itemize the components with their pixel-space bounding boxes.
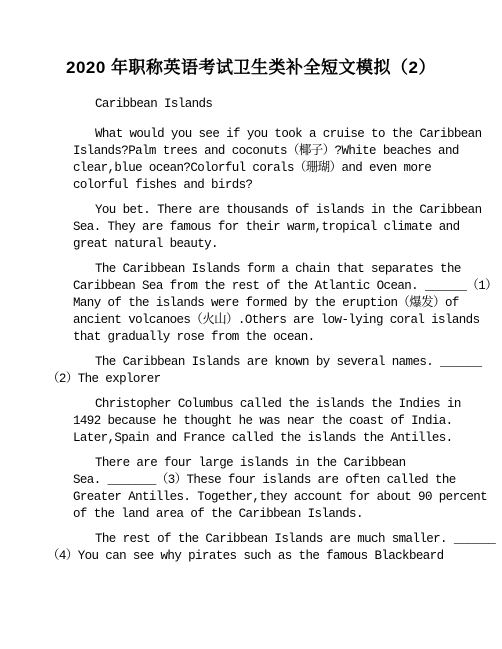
paragraph: You bet. There are thousands of islands … [73, 202, 476, 253]
text-line: Islands?Palm trees and coconuts（椰子）?Whit… [73, 143, 476, 160]
text-line: 1492 because he thought he was near the … [73, 413, 476, 430]
text-line: There are four large islands in the Cari… [73, 455, 476, 472]
text-line: Caribbean Sea from the rest of the Atlan… [73, 278, 476, 295]
text-line: great natural beauty. [73, 236, 476, 253]
passage-heading: Caribbean Islands [73, 96, 476, 113]
paragraph: The Caribbean Islands form a chain that … [73, 261, 476, 346]
text-line: What would you see if you took a cruise … [73, 126, 476, 143]
document-body: Caribbean Islands What would you see if … [73, 96, 476, 565]
document-title: 2020 年职称英语考试卫生类补全短文模拟（2） [24, 56, 478, 80]
text-line: colorful fishes and birds? [73, 177, 476, 194]
paragraph: There are four large islands in the Cari… [73, 455, 476, 523]
paragraph: Christopher Columbus called the islands … [73, 396, 476, 447]
text-line: Christopher Columbus called the islands … [73, 396, 476, 413]
text-line: Greater Antilles. Together,they account … [73, 489, 476, 506]
text-line: Sea. They are famous for their warm,trop… [73, 219, 476, 236]
paragraph: What would you see if you took a cruise … [73, 126, 476, 194]
text-line: ancient volcanoes（火山）.Others are low-lyi… [73, 312, 476, 329]
text-line: （4）You can see why pirates such as the f… [47, 548, 476, 565]
text-line: The Caribbean Islands form a chain that … [73, 261, 476, 278]
text-line: of the land area of the Caribbean Island… [73, 506, 476, 523]
paragraphs: What would you see if you took a cruise … [73, 126, 476, 565]
text-line: Later,Spain and France called the island… [73, 430, 476, 447]
text-line: Sea. _______（3）These four islands are of… [73, 472, 476, 489]
document-page: 2020 年职称英语考试卫生类补全短文模拟（2） Caribbean Islan… [0, 0, 502, 649]
text-line: that gradually rose from the ocean. [73, 329, 476, 346]
text-line: You bet. There are thousands of islands … [73, 202, 476, 219]
paragraph: The Caribbean Islands are known by sever… [73, 354, 476, 388]
text-line: The rest of the Caribbean Islands are mu… [73, 531, 476, 548]
text-line: The Caribbean Islands are known by sever… [73, 354, 476, 371]
paragraph: The rest of the Caribbean Islands are mu… [73, 531, 476, 565]
text-line: Many of the islands were formed by the e… [73, 295, 476, 312]
text-line: clear,blue ocean?Colorful corals（珊瑚）and … [73, 160, 476, 177]
text-line: （2）The explorer [47, 371, 476, 388]
